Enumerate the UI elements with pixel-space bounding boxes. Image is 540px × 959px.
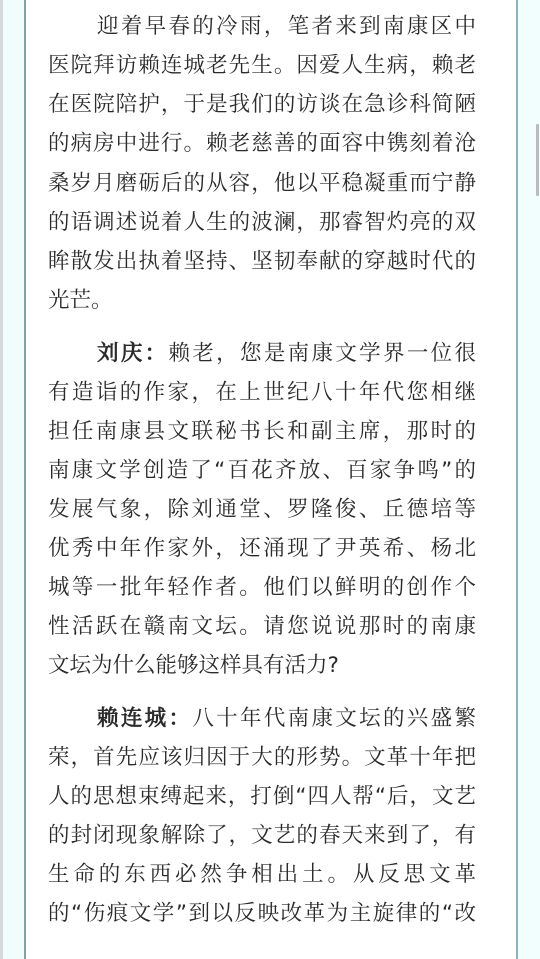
speaker-name: 赖连城：	[97, 706, 192, 731]
text-line: 优秀中年作家外，还涌现了尹英希、杨北	[48, 529, 476, 568]
text-line: 南康文学创造了“百花齐放、百家争鸣”的	[48, 451, 476, 490]
text-line: 生命的东西必然争相出土。从反思文革	[48, 855, 476, 894]
text-line: 的“伤痕文学”到以反映改革为主旋律的“改	[48, 894, 476, 933]
text-run: 八十年代南康文坛的兴盛繁	[192, 706, 476, 731]
text-line-with-speaker: 赖连城：八十年代南康文坛的兴盛繁	[97, 699, 476, 738]
text-line: 在医院陪护，于是我们的访谈在急诊科简陋	[48, 85, 476, 124]
text-line: 城等一批年轻作者。他们以鲜明的创作个	[48, 568, 476, 607]
vertical-scrollbar-thumb[interactable]	[536, 124, 539, 196]
text-line: 的语调述说着人生的波澜，那睿智灼亮的双	[48, 203, 476, 242]
text-line: 人的思想束缚起来，打倒“四人帮“后，文艺	[48, 777, 476, 816]
text-line: 桑岁月磨砺后的从容，他以平稳凝重而宁静	[48, 164, 476, 203]
text-line: 性活跃在赣南文坛。请您说说那时的南康	[48, 607, 476, 646]
text-line: 光芒。	[48, 281, 476, 320]
text-line: 迎着早春的冷雨，笔者来到南康区中	[97, 7, 476, 46]
text-line: 的封闭现象解除了，文艺的春天来到了，有	[48, 816, 476, 855]
text-line: 荣，首先应该归因于大的形势。文革十年把	[48, 738, 476, 777]
text-line: 文坛为什么能够这样具有活力?	[48, 646, 476, 685]
left-gutter	[3, 0, 25, 959]
text-line-with-speaker: 刘庆：赖老，您是南康文学界一位很	[97, 334, 476, 373]
text-line: 医院拜访赖连城老先生。因爱人生病，赖老	[48, 46, 476, 85]
text-line: 发展气象，除刘通堂、罗隆俊、丘德培等	[48, 490, 476, 529]
text-line: 有造诣的作家，在上世纪八十年代您相继	[48, 373, 476, 412]
text-line: 担任南康县文联秘书长和副主席，那时的	[48, 412, 476, 451]
text-run: 赖老，您是南康文学界一位很	[169, 341, 476, 366]
text-line: 眸散发出执着坚持、坚韧奉献的穿越时代的	[48, 242, 476, 281]
text-line: 的病房中进行。赖老慈善的面容中镌刻着沧	[48, 124, 476, 163]
speaker-name: 刘庆：	[97, 341, 169, 366]
